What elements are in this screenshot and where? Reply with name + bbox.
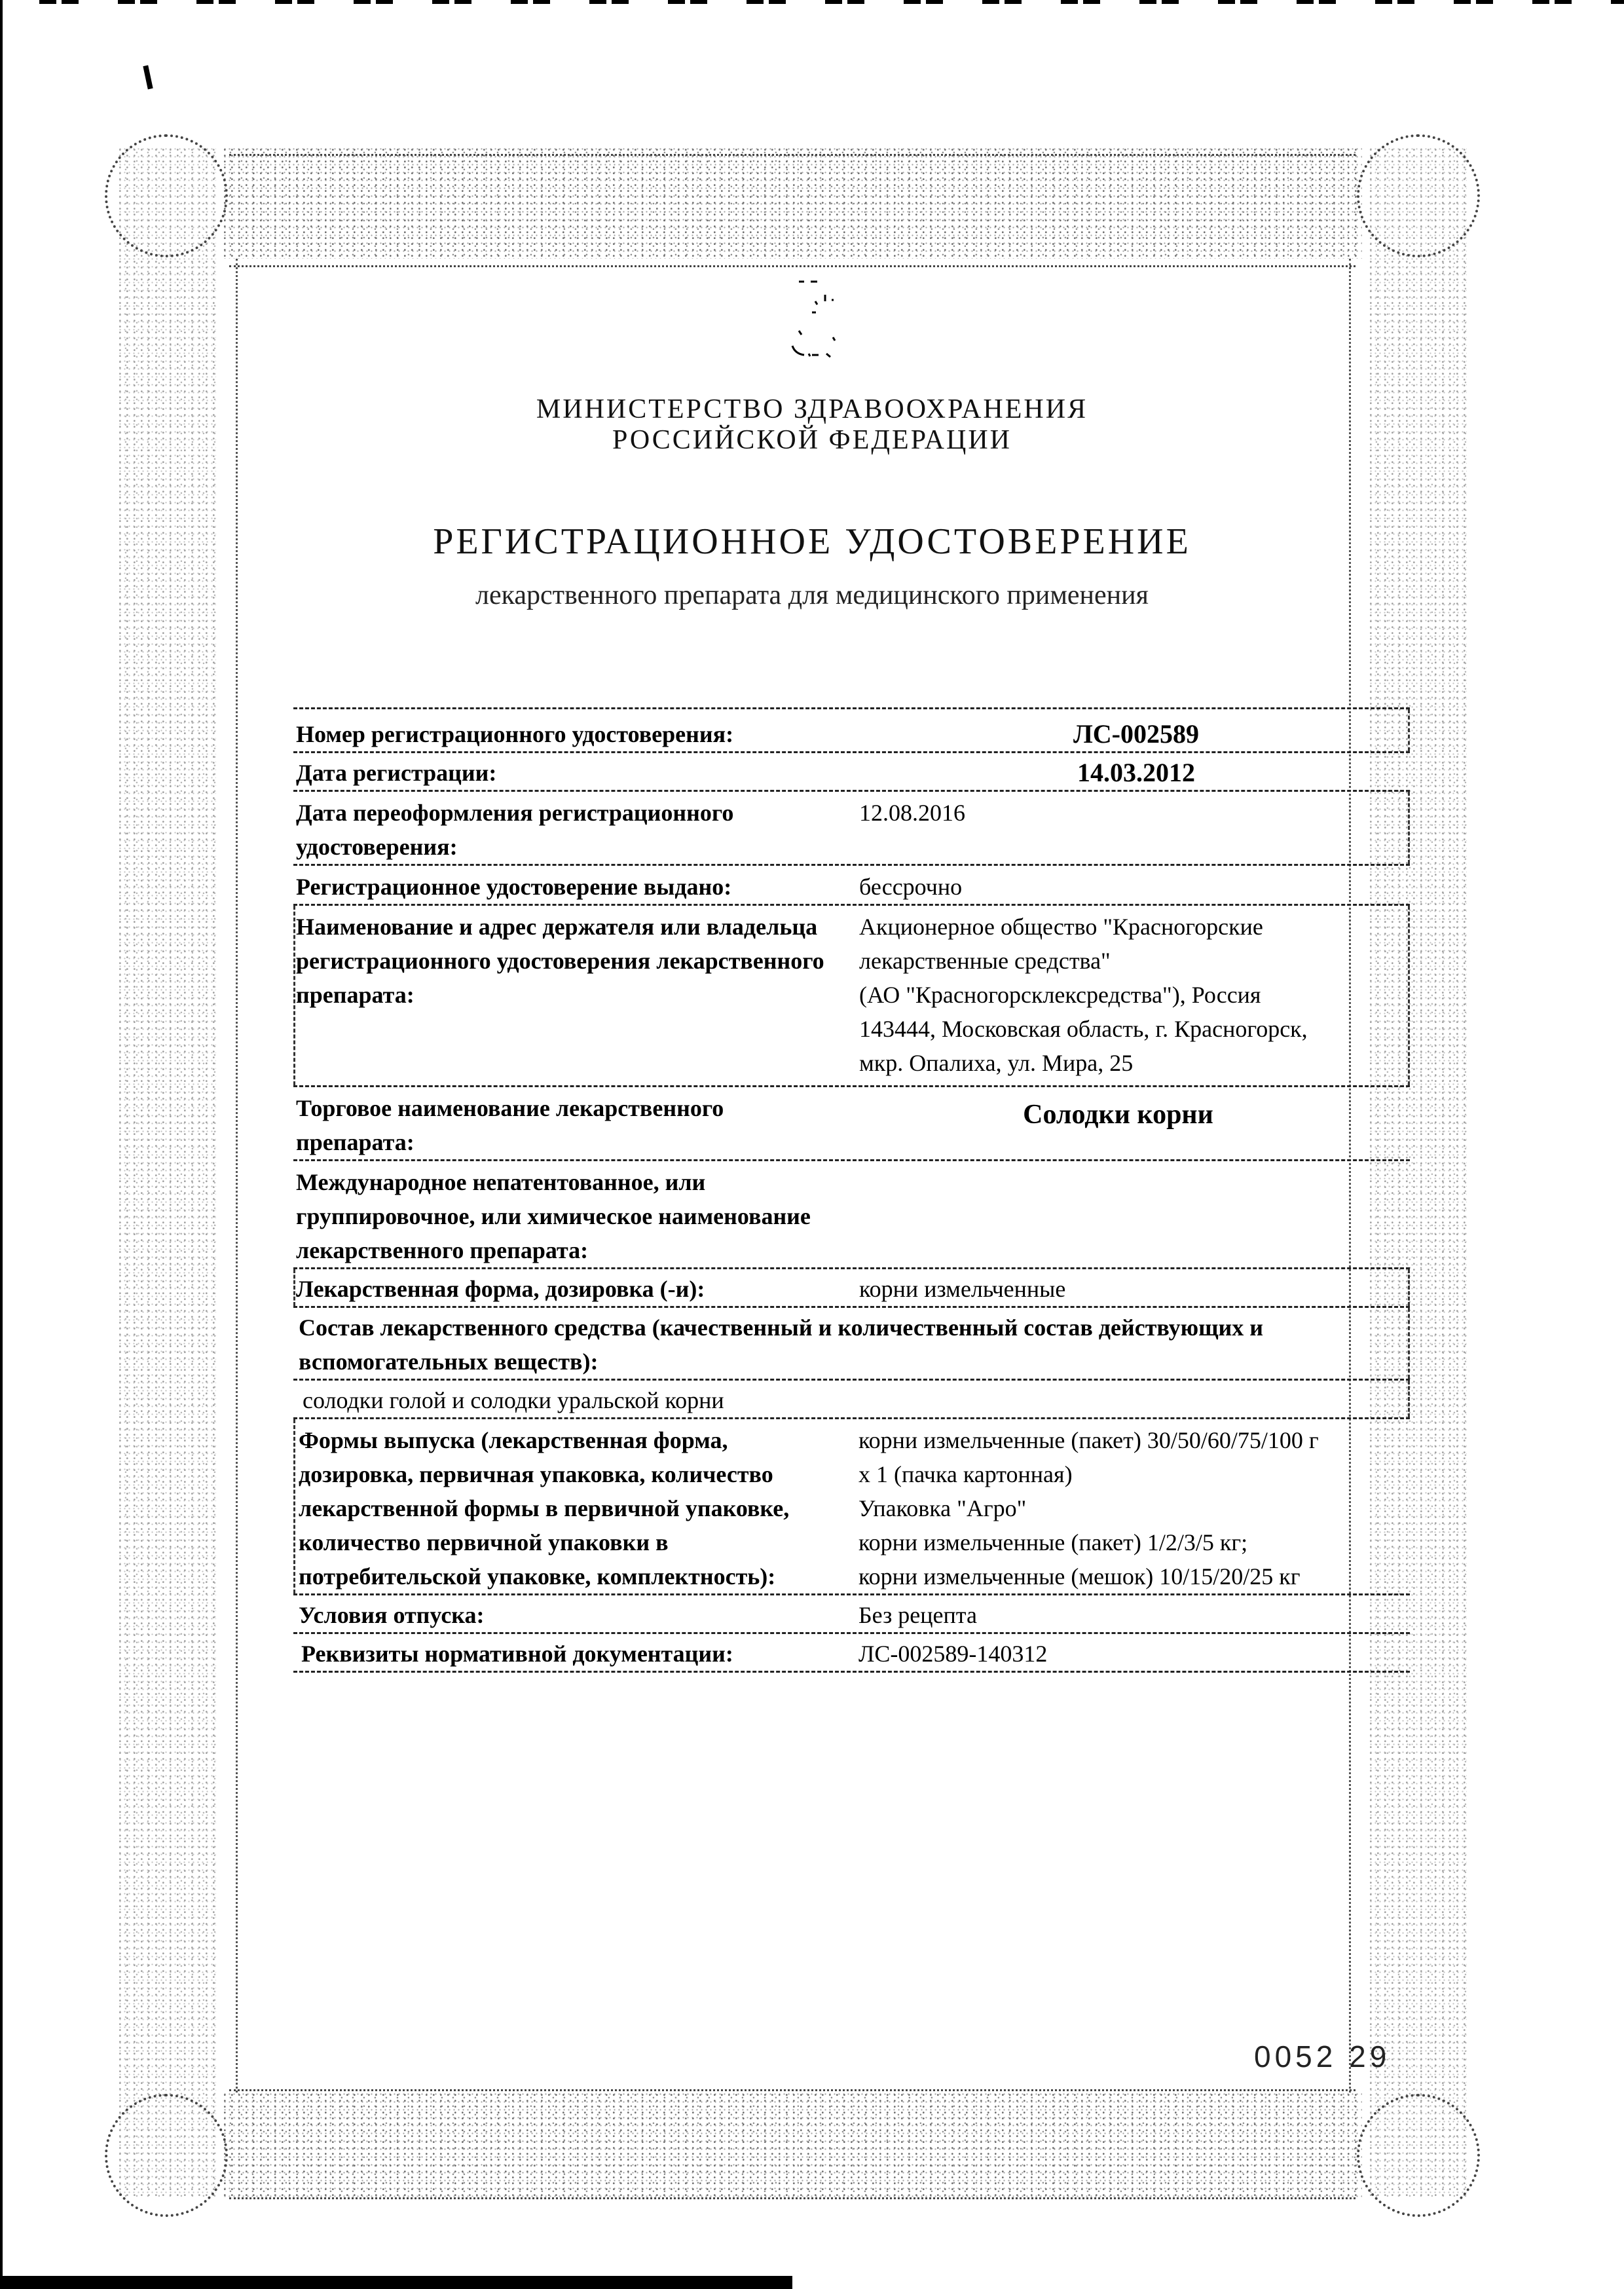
- field-label: Состав лекарственного средства (качестве…: [293, 1311, 1410, 1379]
- scan-edge-artifact: [0, 0, 3, 2289]
- row-composition: Состав лекарственного средства (качестве…: [293, 1306, 1410, 1379]
- normative-document-number: ЛС-002589-140312: [835, 1637, 1410, 1671]
- frame-corner-rosette: [1357, 2094, 1480, 2217]
- field-label: Реквизиты нормативной документации:: [293, 1637, 835, 1671]
- row-registration-date: Дата регистрации: 14.03.2012: [293, 751, 1410, 790]
- release-form-line: Упаковка "Агро": [858, 1491, 1410, 1525]
- registration-date: 14.03.2012: [856, 756, 1410, 790]
- dispensing-conditions: Без рецепта: [832, 1598, 1410, 1632]
- scan-edge-artifact: [39, 0, 1624, 4]
- row-normative-docs: Реквизиты нормативной документации: ЛС-0…: [293, 1632, 1410, 1673]
- row-composition-ingredients: солодки голой и солодки уральской корни: [293, 1379, 1410, 1417]
- field-label: Формы выпуска (лекарственная форма, дози…: [293, 1423, 832, 1593]
- frame-rule: [229, 265, 1356, 267]
- release-form-line: х 1 (пачка картонная): [858, 1457, 1410, 1491]
- release-form-line: корни измельченные (мешок) 10/15/20/25 к…: [858, 1559, 1410, 1593]
- row-validity: Регистрационное удостоверение выдано: бе…: [293, 864, 1410, 904]
- row-dosage-form: Лекарственная форма, дозировка (-и): кор…: [293, 1267, 1410, 1306]
- release-form-line: корни измельченные (пакет) 30/50/60/75/1…: [858, 1423, 1410, 1457]
- holder-line: лекарственные средства": [859, 944, 1410, 978]
- frame-corner-rosette: [1357, 134, 1480, 257]
- row-dispensing-conditions: Условия отпуска: Без рецепта: [293, 1593, 1410, 1632]
- frame-ornament-top: [223, 147, 1362, 259]
- frame-rule: [229, 154, 1356, 156]
- field-label: Дата регистрации:: [293, 756, 856, 790]
- release-form-line: корни измельченные (пакет) 1/2/3/5 кг;: [858, 1525, 1410, 1559]
- document-subtitle: лекарственного препарата для медицинског…: [0, 580, 1624, 611]
- row-inn: Международное непатентованное, или групп…: [293, 1159, 1410, 1267]
- field-label: Номер регистрационного удостоверения:: [293, 717, 856, 751]
- frame-ornament-bottom: [223, 2093, 1362, 2197]
- field-label: Регистрационное удостоверение выдано:: [293, 870, 856, 904]
- field-label: Торговое наименование лекарственного пре…: [293, 1091, 820, 1159]
- row-trade-name: Торговое наименование лекарственного пре…: [293, 1085, 1410, 1159]
- holder-line: (АО "Красногорсклексредства"), Россия: [859, 978, 1410, 1012]
- row-registration-number: Номер регистрационного удостоверения: ЛС…: [293, 707, 1410, 751]
- frame-corner-rosette: [105, 2094, 228, 2217]
- scan-speck: [143, 65, 153, 90]
- dosage-form: корни измельченные: [856, 1272, 1410, 1306]
- scan-edge-artifact: [0, 2276, 792, 2289]
- holder-line: 143444, Московская область, г. Красногор…: [859, 1012, 1410, 1046]
- validity-period: бессрочно: [856, 870, 1410, 904]
- active-ingredients: солодки голой и солодки уральской корни: [293, 1383, 1410, 1417]
- inn-name: [846, 1165, 1410, 1267]
- field-label: Наименование и адрес держателя или владе…: [293, 910, 856, 1080]
- holder-line: мкр. Опалиха, ул. Мира, 25: [859, 1046, 1410, 1080]
- frame-corner-rosette: [105, 134, 228, 257]
- row-reissue-date: Дата переоформления регистрационного удо…: [293, 790, 1410, 864]
- holder-name-address: Акционерное общество "Красногорские лека…: [856, 910, 1410, 1080]
- reissue-date: 12.08.2016: [820, 796, 1410, 864]
- frame-rule: [229, 2197, 1356, 2199]
- trade-name: Солодки корни: [820, 1091, 1410, 1159]
- field-label: Дата переоформления регистрационного удо…: [293, 796, 820, 864]
- field-label: Международное непатентованное, или групп…: [293, 1165, 846, 1267]
- row-release-forms: Формы выпуска (лекарственная форма, дози…: [293, 1417, 1410, 1593]
- coat-of-arms-icon: [779, 275, 858, 380]
- ministry-country: РОССИЙСКОЙ ФЕДЕРАЦИИ: [0, 424, 1624, 456]
- registration-number: ЛС-002589: [856, 717, 1410, 751]
- registration-details-table: Номер регистрационного удостоверения: ЛС…: [293, 707, 1410, 1673]
- field-label: Условия отпуска:: [293, 1598, 832, 1632]
- release-forms: корни измельченные (пакет) 30/50/60/75/1…: [832, 1423, 1410, 1593]
- holder-line: Акционерное общество "Красногорские: [859, 910, 1410, 944]
- document-title: РЕГИСТРАЦИОННОЕ УДОСТОВЕРЕНИЕ: [0, 521, 1624, 563]
- ministry-name: МИНИСТЕРСТВО ЗДРАВООХРАНЕНИЯ: [0, 393, 1624, 426]
- row-holder: Наименование и адрес держателя или владе…: [293, 904, 1410, 1085]
- frame-rule: [229, 2089, 1356, 2091]
- blank-serial-number: 0052 29: [1254, 2039, 1390, 2074]
- field-label: Лекарственная форма, дозировка (-и):: [293, 1272, 856, 1306]
